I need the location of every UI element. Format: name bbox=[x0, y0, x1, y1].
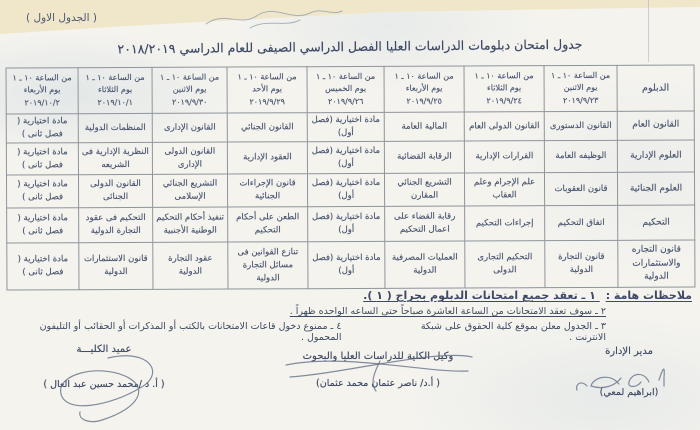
diploma-cell: القانون العام bbox=[617, 111, 694, 141]
subject-cell: القانون الدستورى bbox=[544, 111, 617, 141]
subject-cell: القانون الدولى الإدارى bbox=[152, 142, 227, 174]
director-name: (ابراهيم لمعي) bbox=[563, 387, 695, 398]
subject-cell: تنفيذ أحكام التحكيم الوطنية الأجنبية bbox=[153, 207, 228, 242]
vice-dean-name: (أ.د/ ناصر عثمان محمد عثمان ) bbox=[276, 378, 480, 389]
date-column-header: من الساعة ١٠ ـ ١ يوم الأربعاء ٢٠١٩/١٠/٢ bbox=[6, 68, 78, 114]
note-1: ١ ـ تعقد جميع امتحانات الدبلوم بجراج ( ١… bbox=[363, 289, 596, 302]
subject-cell: رقابة القضاء على اعمال التحكيم bbox=[385, 206, 465, 241]
subject-cell: علم الإجرام وعلم العقاب bbox=[464, 173, 544, 206]
date-column-header: من الساعة ١٠ ـ ١ يوم الاثنين ٢٠١٩/٩/٢٣ bbox=[544, 65, 617, 111]
subject-cell: المنظمات الدولية bbox=[78, 113, 152, 143]
handwritten-mark bbox=[198, 2, 348, 34]
diploma-cell: العلوم الجنائية bbox=[617, 172, 694, 205]
notes-label: ملاحظات هامة : bbox=[606, 289, 692, 302]
subject-cell: مادة اختيارية ( فصل ثانى ) bbox=[7, 208, 79, 243]
subject-cell: اتفاق التحكيم bbox=[545, 206, 618, 241]
note-2: ٢ ـ سوف تعقد الامتحانات من الساعة العاشر… bbox=[6, 306, 606, 317]
subject-cell: إجراءات التحكيم bbox=[465, 206, 545, 241]
subject-cell: القانون الإدارى bbox=[152, 113, 227, 143]
note-3: ٣ ـ الجدول معلن بموقع كلية الحقوق على شب… bbox=[387, 321, 606, 343]
notes-line-1: ملاحظات هامة : ١ ـ تعقد جميع امتحانات ال… bbox=[6, 289, 692, 302]
scan-fold-line bbox=[648, 0, 649, 62]
dean-name: ( أ. د /محمد حسين عبد العال ) bbox=[28, 379, 180, 390]
subject-cell: المالية العامة bbox=[384, 112, 464, 142]
subject-cell: مادة اختيارية (فصل أول) bbox=[308, 242, 385, 289]
date-column-header: من الساعة ١٠ ـ ١ يوم الثلاثاء ٢٠١٩/٩/٢٤ bbox=[464, 66, 544, 112]
table-header-row: الدبلوم من الساعة ١٠ ـ ١ يوم الاثنين ٢٠١… bbox=[6, 65, 694, 114]
subject-cell: مادة اختيارية ( فصل ثانى ) bbox=[6, 143, 78, 175]
date-column-header: من الساعة ١٠ ـ ١ يوم الأربعاء ٢٠١٩/٩/٢٥ bbox=[384, 66, 464, 112]
date-column-header: من الساعة ١٠ ـ ١ يوم الخميس ٢٠١٩/٩/٢٦ bbox=[307, 66, 384, 112]
notes-section: ملاحظات هامة : ١ ـ تعقد جميع امتحانات ال… bbox=[6, 289, 692, 343]
subject-cell: مادة اختيارية (فصل أول) bbox=[307, 112, 384, 142]
subject-cell: مادة اختيارية ( فصل ثانى ) bbox=[7, 243, 79, 290]
subject-cell: عقود التجارة الدولية bbox=[153, 242, 228, 289]
notes-line-3: ٣ ـ الجدول معلن بموقع كلية الحقوق على شب… bbox=[6, 321, 606, 343]
table-row: القانون العام القانون الدستورى القانون ا… bbox=[6, 111, 694, 143]
vice-dean-title: وكيل الكلية للدراسات العليا والبحوث bbox=[276, 351, 480, 362]
subject-cell: العقود الإدارية bbox=[227, 142, 307, 174]
date-column-header: من الساعة ١٠ ـ ١ يوم الأحد ٢٠١٩/٩/٢٩ bbox=[227, 67, 307, 113]
subject-cell: التشريع الجنائي المقارن bbox=[384, 173, 464, 206]
dean-title: عميد الكليـــة bbox=[28, 344, 180, 355]
date-column-header: من الساعة ١٠ ـ ١ يوم الاثنين ٢٠١٩/٩/٣٠ bbox=[152, 67, 227, 113]
diploma-cell: العلوم الإدارية bbox=[617, 140, 694, 172]
subject-cell: قانون التجارة الدولية bbox=[545, 241, 618, 288]
subject-cell: قانون الاستثمارات الدولية bbox=[79, 243, 153, 290]
table-row: العلوم الإدارية الوظيفه العامة القرارات … bbox=[6, 140, 694, 175]
subject-cell: مادة اختيارية ( فصل ثانى ) bbox=[6, 175, 78, 208]
subject-cell: قانون الإجراءات الجنائية bbox=[227, 174, 307, 207]
subject-cell: الوظيفه العامة bbox=[544, 141, 617, 173]
diploma-cell: التحكيم bbox=[618, 205, 695, 240]
scanned-document: ( الجدول الاول ) جدول امتحان دبلومات الد… bbox=[0, 0, 700, 430]
table-row: التحكيم اتفاق التحكيم إجراءات التحكيم رق… bbox=[7, 205, 695, 243]
diploma-header-cell: الدبلوم bbox=[617, 65, 694, 111]
subject-cell: النظرية الإدارية فى الشريعه bbox=[78, 143, 152, 175]
signature-block-dean: عميد الكليـــة ( أ. د /محمد حسين عبد الع… bbox=[28, 344, 180, 390]
subject-cell: مادة اختيارية (فصل أول) bbox=[307, 174, 384, 207]
subject-cell: العمليات المصرفية الدولية bbox=[385, 241, 465, 288]
date-column-header: من الساعة ١٠ ـ ١ يوم الثلاثاء ٢٠١٩/١٠/١ bbox=[78, 67, 152, 113]
subject-cell: القانون الجنائي bbox=[227, 113, 307, 143]
subject-cell: الطعن على أحكام التحكيم bbox=[228, 207, 308, 242]
exam-schedule-table: الدبلوم من الساعة ١٠ ـ ١ يوم الاثنين ٢٠١… bbox=[6, 64, 696, 290]
table-row: قانون التجاره والاستثمارات الدولية قانون… bbox=[7, 240, 695, 290]
signature-block-vice-dean: وكيل الكلية للدراسات العليا والبحوث (أ.د… bbox=[276, 351, 480, 389]
note-4: ٤ ـ ممنوع دخول قاعات الامتحانات بالكتب أ… bbox=[6, 321, 341, 343]
subject-cell: القانون الدولى العام bbox=[464, 112, 544, 142]
corner-label: ( الجدول الاول ) bbox=[26, 12, 97, 24]
director-title: مدير الإدارة bbox=[563, 346, 695, 357]
subject-cell: مادة اختيارية (فصل أول) bbox=[308, 207, 385, 242]
subject-cell: مادة اختيارية (فصل أول) bbox=[307, 142, 384, 174]
subject-cell: مادة اختيارية ( فصل ثانى ) bbox=[6, 114, 78, 144]
subject-cell: القانون الدولى الجنائى bbox=[78, 175, 152, 208]
diploma-cell: قانون التجاره والاستثمارات الدولية bbox=[618, 240, 695, 287]
subject-cell: الرقابة القضائية bbox=[384, 141, 464, 173]
subject-cell: التشريع الجنائي الإسلامى bbox=[152, 174, 227, 207]
table-row: العلوم الجنائية قانون العقوبات علم الإجر… bbox=[6, 172, 694, 208]
subject-cell: تنازع القوانين فى مسائل التجارة الدولية bbox=[228, 242, 308, 289]
subject-cell: قانون العقوبات bbox=[544, 173, 617, 206]
subject-cell: التحكيم فى عقود التجارة الدولية bbox=[79, 208, 153, 243]
signature-block-director: مدير الإدارة (ابراهيم لمعي) bbox=[563, 346, 695, 398]
subject-cell: القرارات الإدارية bbox=[464, 141, 544, 173]
subject-cell: التحكيم التجارى الدولى bbox=[465, 241, 545, 288]
